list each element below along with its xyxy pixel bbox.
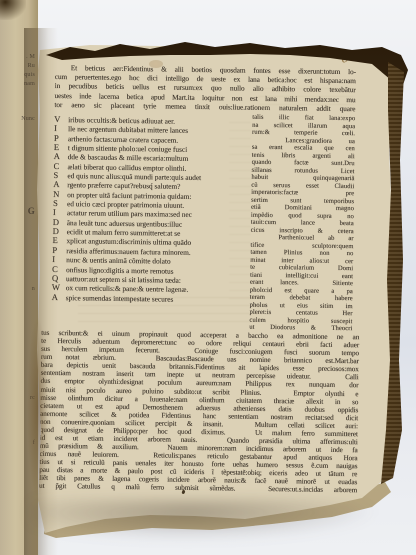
margin-gloss-column: talis illic fiat lana:expona scilicet il…	[249, 114, 355, 333]
book-photograph: . M Ru quis nam Nunc G n rc f Et beticus…	[0, 0, 416, 555]
prev-page-text-fragment: n	[32, 286, 35, 292]
prev-page-text-fragment: G	[28, 208, 35, 214]
commentary-intro-block: Et beticus aer:Fidentinus & alii boetios…	[54, 63, 356, 113]
prev-page-text-fragment: quis	[24, 72, 35, 78]
poem-initial-letter: A	[52, 292, 66, 302]
prev-page-text-fragment: rc	[30, 395, 35, 401]
prev-page-text-fragment: Nunc	[21, 116, 35, 122]
book-page: Et beticus aer:Fidentinus & alii boetios…	[0, 0, 416, 555]
poem-verse-text: spice sumendas intempestate secures	[66, 293, 174, 304]
printed-text-layer: Et beticus aer:Fidentinus & alii boetios…	[0, 0, 416, 555]
poem-verse-block: Viribus occultis:& beticus adiuuat aer.I…	[52, 115, 255, 305]
lower-commentary-block: tus scribunt:& ei uinum propinauit quod …	[39, 329, 359, 495]
poem-line: Aspice sumendas intempestate secures	[52, 292, 252, 304]
prev-page-text-fragment: nam	[24, 81, 35, 87]
prev-page-text-fragment: Ru	[28, 63, 35, 69]
previous-page-edge: . M Ru quis nam Nunc G n rc f	[0, 0, 38, 555]
prev-page-text-fragment: f	[33, 440, 35, 446]
prev-page-text-fragment: . M	[26, 54, 35, 60]
